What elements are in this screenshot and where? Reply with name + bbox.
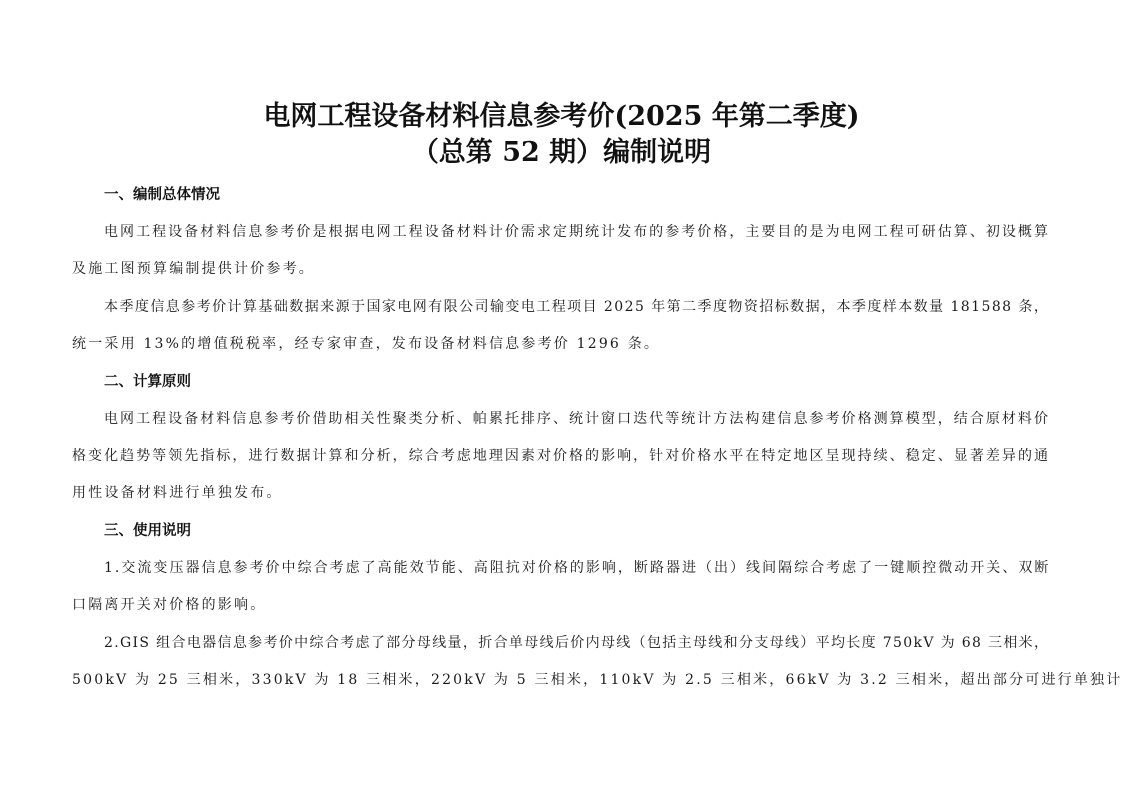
paragraph-line: 及施工图预算编制提供计价参考。 [72, 259, 315, 279]
paragraph-line: 格变化趋势等领先指标，进行数据计算和分析，综合考虑地理因素对价格的影响，针对价格… [72, 446, 1050, 466]
section-heading-usage-notes: 三、使用说明 [104, 521, 191, 541]
paragraph-line: 口隔离开关对价格的影响。 [72, 595, 266, 615]
document-title-line2: （总第 52 期）编制说明 [0, 136, 1123, 170]
paragraph-line: 用性设备材料进行单独发布。 [72, 483, 283, 503]
section-heading-calculation-principles: 二、计算原则 [104, 372, 191, 392]
paragraph-line: 电网工程设备材料信息参考价借助相关性聚类分析、帕累托排序、统计窗口迭代等统计方法… [104, 409, 1050, 429]
paragraph-line: 500kV 为 25 三相米，330kV 为 18 三相米，220kV 为 5 … [72, 670, 1123, 690]
document-title-line1: 电网工程设备材料信息参考价(2025 年第二季度) [0, 100, 1123, 134]
paragraph-line: 1.交流变压器信息参考价中综合考虑了高能效节能、高阻抗对价格的影响，断路器进（出… [104, 558, 1050, 578]
paragraph-line: 本季度信息参考价计算基础数据来源于国家电网有限公司输变电工程项目 2025 年第… [104, 297, 1049, 317]
paragraph-line: 电网工程设备材料信息参考价是根据电网工程设备材料计价需求定期统计发布的参考价格，… [104, 222, 1050, 242]
paragraph-line: 2.GIS 组合电器信息参考价中综合考虑了部分母线量，折合单母线后价内母线（包括… [104, 633, 1049, 653]
paragraph-line: 统一采用 13%的增值税税率，经专家审查，发布设备材料信息参考价 1296 条。 [72, 334, 660, 354]
document-page: 电网工程设备材料信息参考价(2025 年第二季度) （总第 52 期）编制说明 … [0, 0, 1123, 794]
section-heading-overview: 一、编制总体情况 [104, 185, 220, 205]
